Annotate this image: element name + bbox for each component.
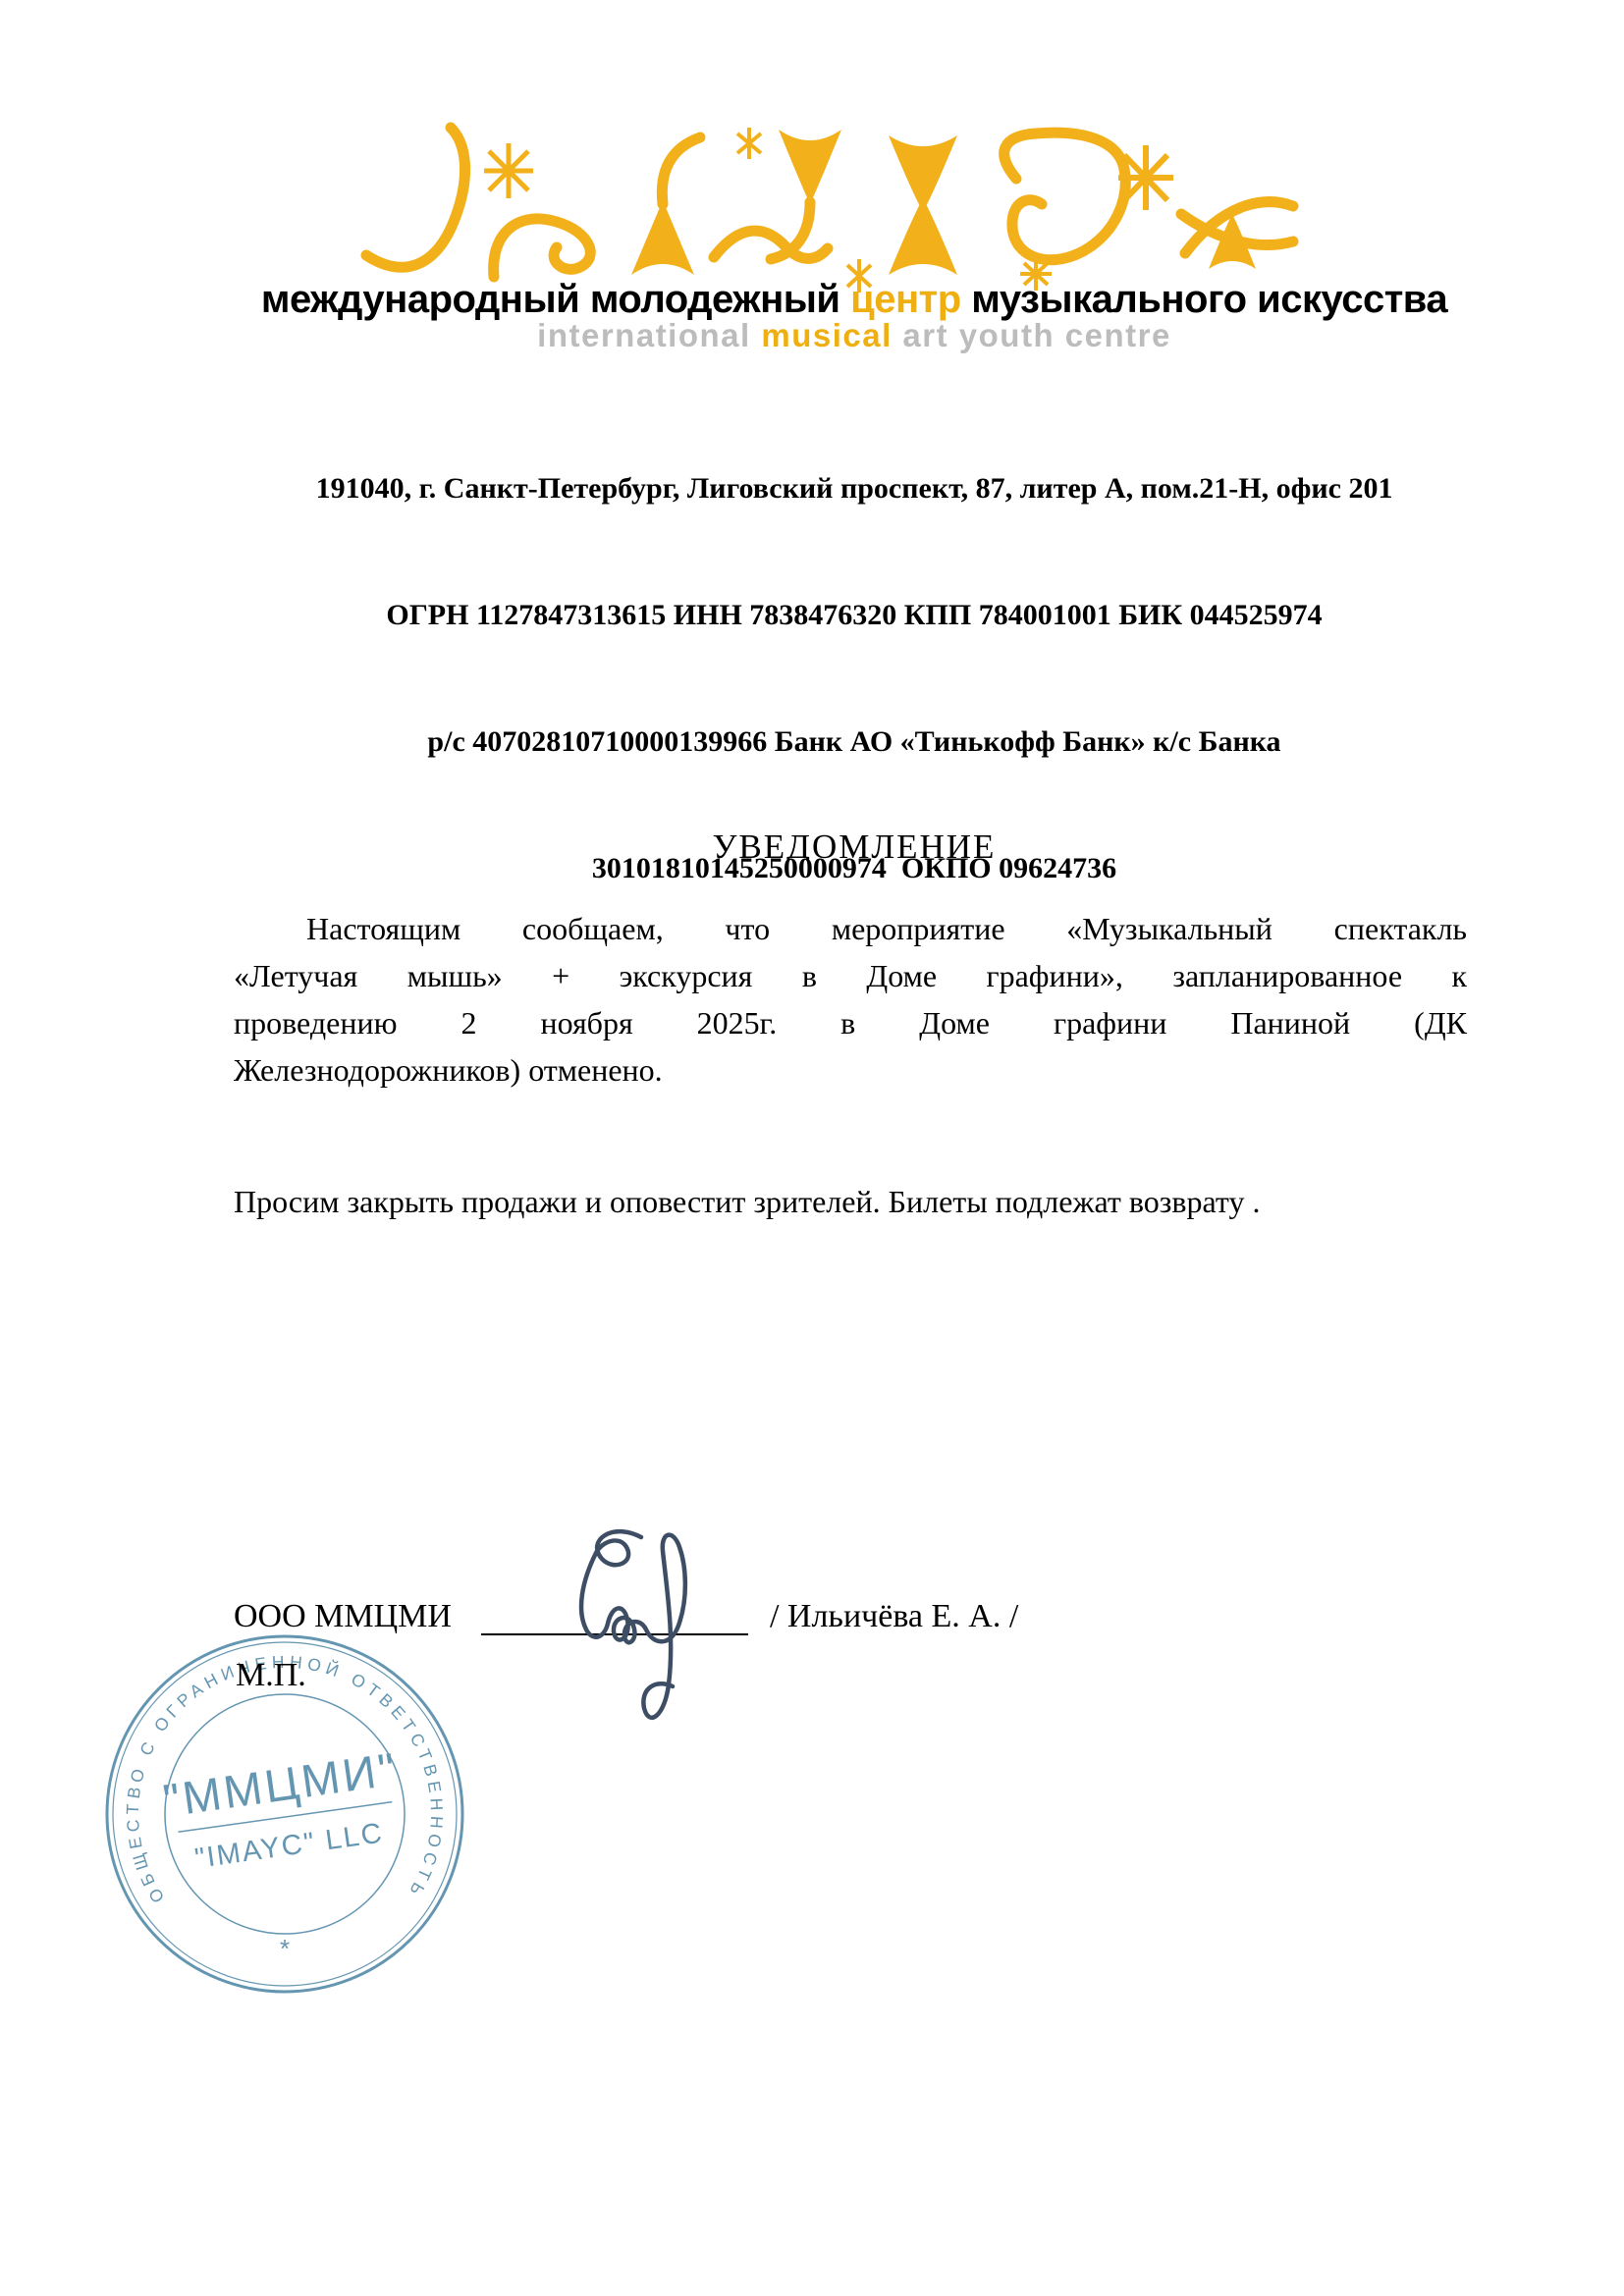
document-page: международный молодежный центр музыкальн… (0, 0, 1624, 2296)
registration-line: ОГРН 1127847313615 ИНН 7838476320 КПП 78… (137, 594, 1571, 636)
body-line: «Летучая мышь» + экскурсия в Доме графин… (234, 952, 1467, 999)
org-name-ru: международный молодежный центр музыкальн… (137, 278, 1571, 322)
org-name-en: international musical art youth centre (137, 317, 1571, 354)
signature-stroke (581, 1531, 685, 1718)
body-line: Настоящим сообщаем, что мероприятие «Муз… (234, 905, 1467, 952)
stamp-center: "ММЦМИ" "IMAYC" LLC (160, 1742, 408, 1878)
document-title: УВЕДОМЛЕНИЕ (177, 828, 1532, 867)
handwritten-signature (525, 1520, 800, 1755)
org-name-en-part1: international (537, 317, 761, 353)
stamp-bottom-star-icon: * (280, 1934, 290, 1963)
address-line: 191040, г. Санкт-Петербург, Лиговский пр… (137, 467, 1571, 509)
body-paragraph-1: Настоящим сообщаем, что мероприятие «Муз… (234, 905, 1467, 1094)
body-paragraph-2: Просим закрыть продажи и оповестит зрите… (234, 1184, 1530, 1220)
org-logo-icon (349, 108, 1306, 294)
org-name-ru-highlight: центр (850, 278, 961, 321)
org-name-en-part2: art youth centre (893, 317, 1171, 353)
stamp-center-name-ru: "ММЦМИ" (160, 1742, 401, 1827)
body-line: проведению 2 ноября 2025г. в Доме графин… (234, 999, 1467, 1046)
company-stamp: ОБЩЕСТВО С ОГРАНИЧЕННОЙ ОТВЕТСТВЕННОСТЬЮ… (98, 1628, 471, 2001)
signatory-name: / Ильичёва Е. А. / (770, 1598, 1018, 1635)
body-line: Железнодорожников) отменено. (234, 1046, 1467, 1094)
org-name-ru-part2: музыкального искусства (961, 278, 1447, 321)
org-name-ru-part1: международный молодежный (261, 278, 850, 321)
bank-account-line: р/с 40702810710000139966 Банк АО «Тинько… (137, 721, 1571, 763)
org-name-en-highlight: musical (761, 317, 892, 353)
org-requisites: 191040, г. Санкт-Петербург, Лиговский пр… (137, 383, 1571, 974)
logo-trumpet-shapes (631, 130, 1256, 275)
